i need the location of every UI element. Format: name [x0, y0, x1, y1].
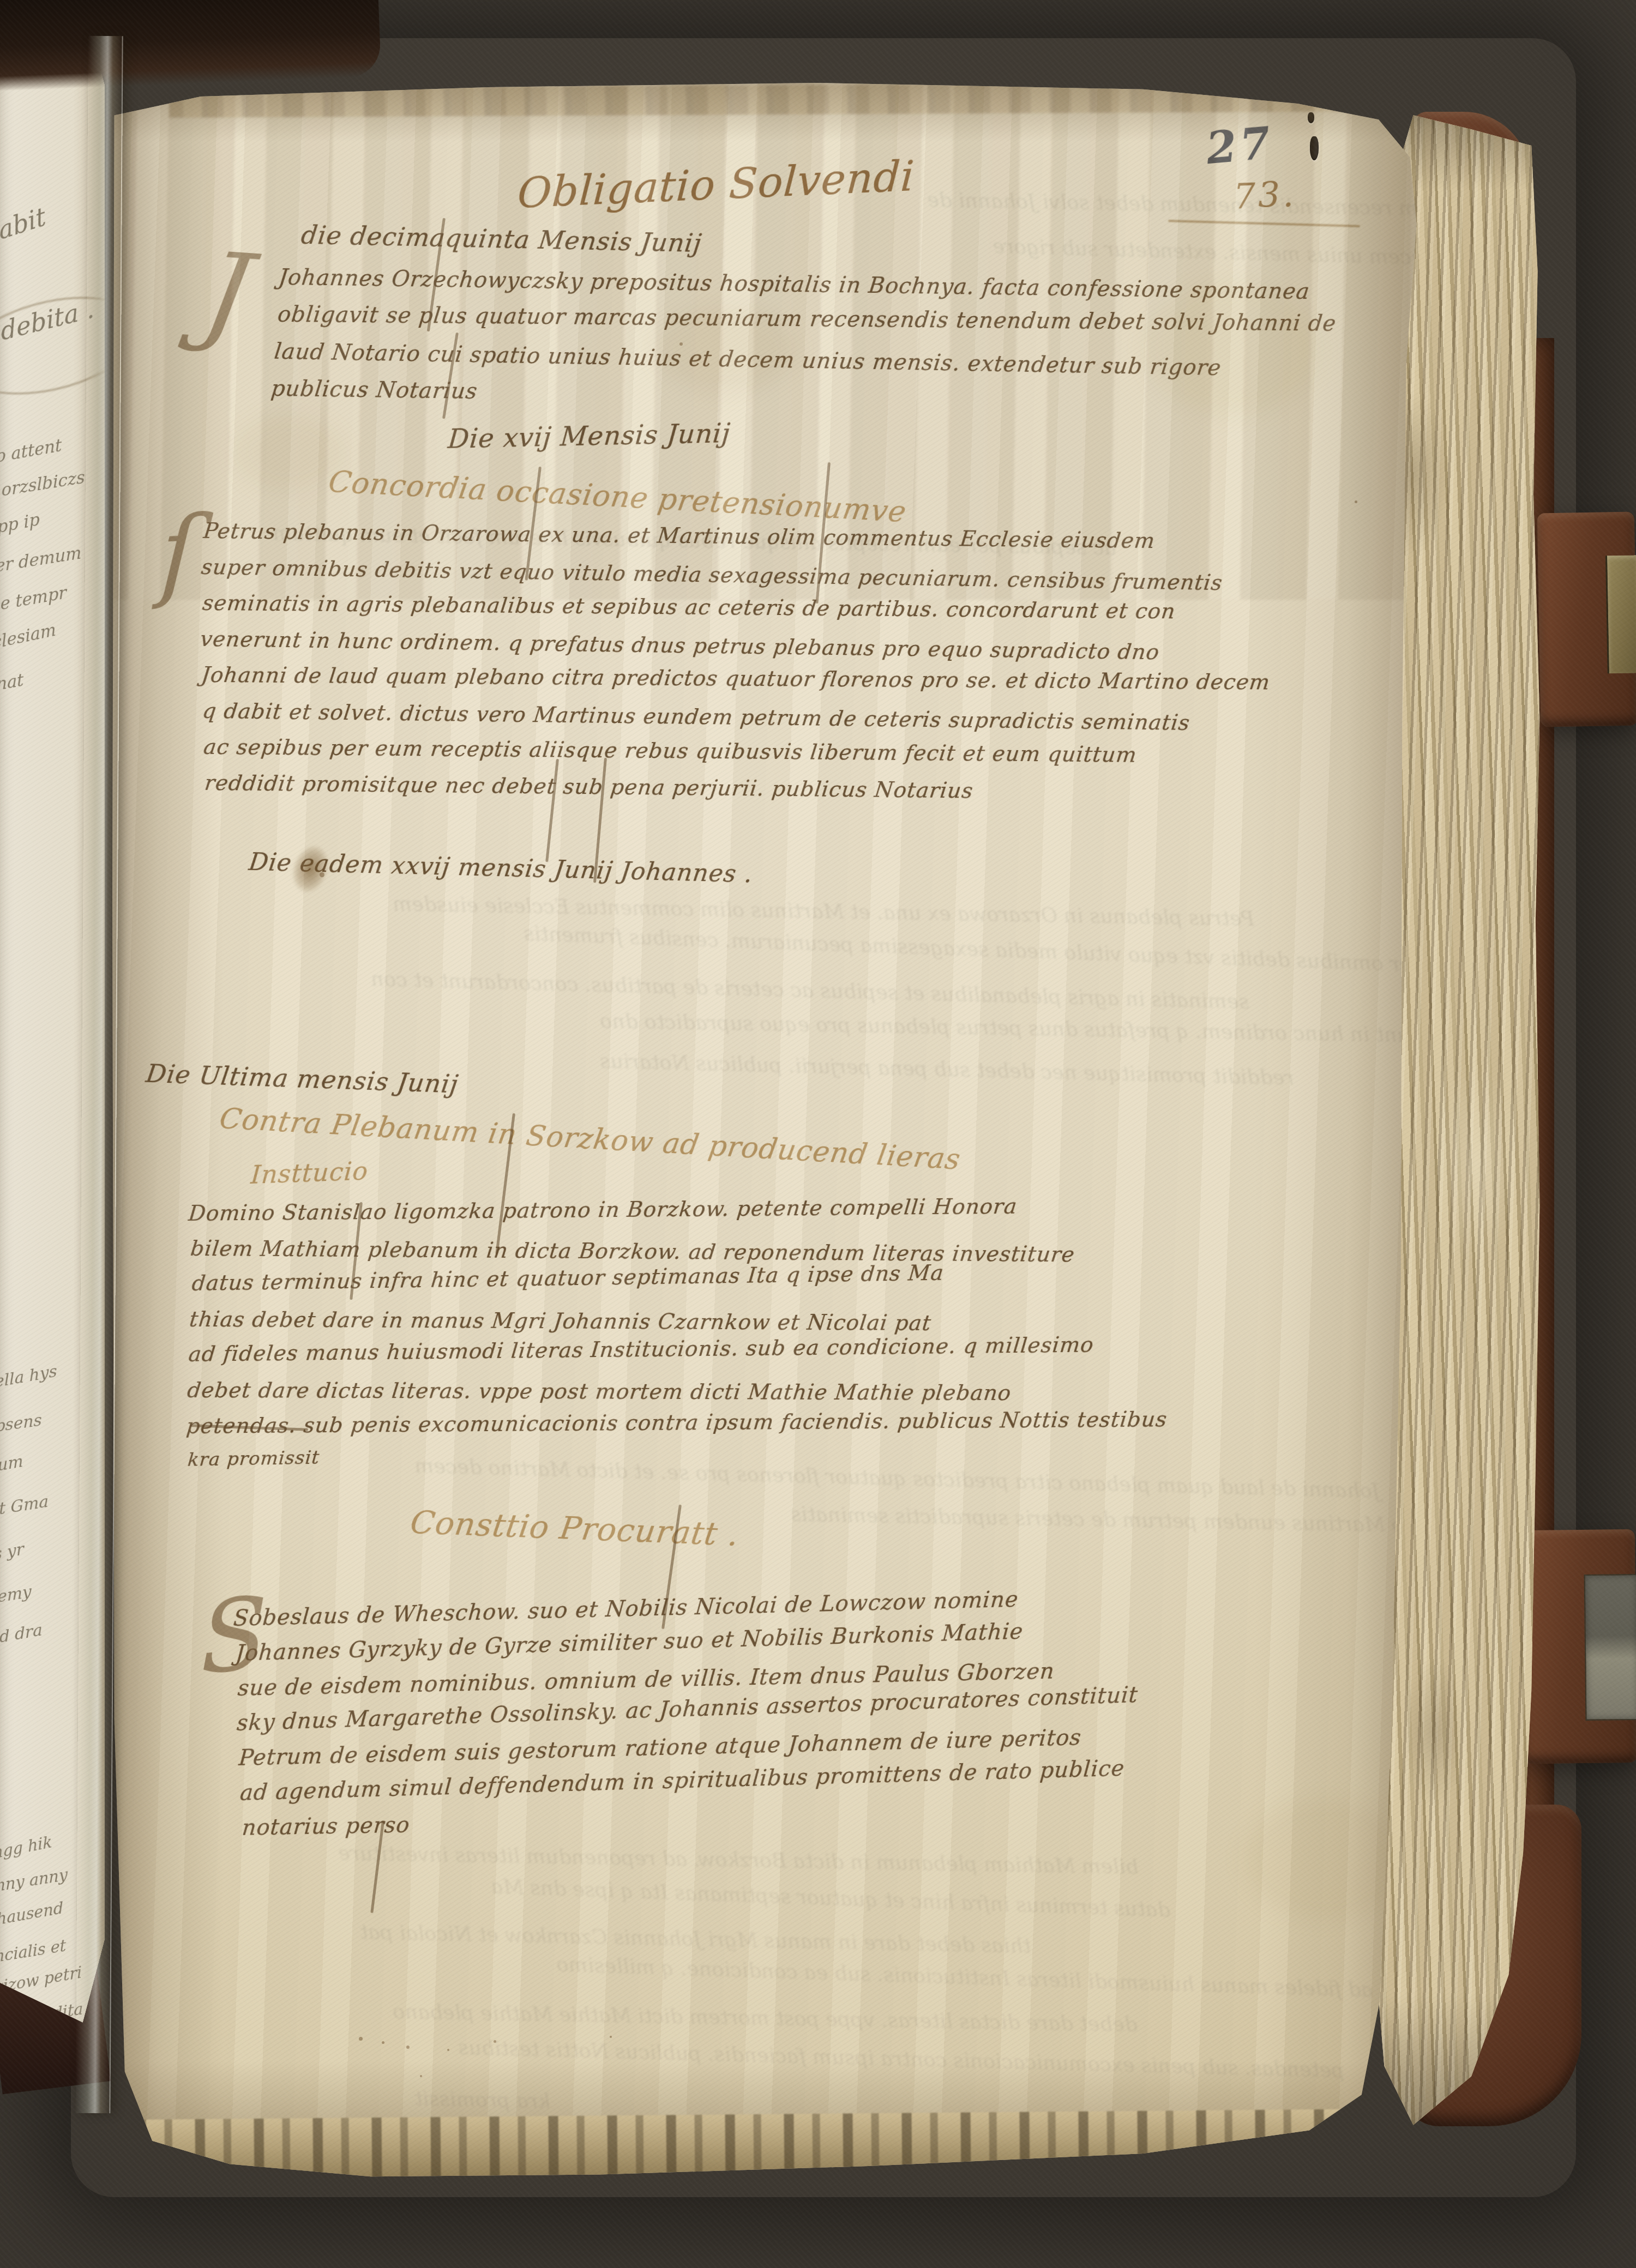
- facing-page-fragment: ad yemny anny: [0, 1865, 68, 1903]
- show-through-text: ad fideles manus huiusmodi literas Insti…: [556, 1952, 1374, 2001]
- facing-page-fragment: probit, ver demum: [0, 543, 82, 588]
- entry-title-institucio: Insttucio: [250, 1156, 369, 1190]
- facing-page-fragment: rabit: [0, 201, 48, 249]
- manuscript-page: Petrus plebanus in Orzarowa ex una. et M…: [109, 82, 1418, 2181]
- ink-speck: [447, 2049, 449, 2051]
- manuscript-line: Domino Stanislao ligomzka patrono in Bor…: [188, 1195, 1019, 1226]
- leather-strap-top: [1537, 511, 1636, 727]
- date-line: die decimaquinta Mensis Junij: [299, 220, 703, 258]
- ink-speck: [494, 2040, 496, 2043]
- leather-strap-bottom: [1521, 1529, 1636, 1764]
- folio-underline: [1168, 220, 1360, 227]
- facing-page-fragment: illis yr: [0, 1540, 25, 1569]
- folio-number-ink: 73.: [1233, 174, 1296, 217]
- folio-number-pencil: 27: [1204, 117, 1276, 174]
- date-line: Die xvij Mensis Junij: [447, 418, 731, 455]
- facing-page-fragment: a dangg hik: [0, 1832, 53, 1869]
- initial-flourish: J: [195, 229, 261, 358]
- manuscript-line: ac sepibus per eum receptis aliisque reb…: [202, 735, 1138, 768]
- manuscript-photo: rabitet debita .precario attentpestid de…: [0, 0, 1636, 2268]
- manuscript-line: venerunt in hunc ordinem. q prefatus dnu…: [199, 627, 1161, 665]
- metal-clasp-icon: [1584, 1574, 1636, 1721]
- initial-flourish: ſ: [158, 495, 201, 611]
- facing-page-fragment: sup St Gma: [0, 1492, 49, 1526]
- ink-speck: [382, 2041, 384, 2044]
- show-through-text: debet dare dictas literas. vppe post mor…: [393, 2000, 1138, 2036]
- manuscript-line: petendas. sub penis excomunicacionis con…: [185, 1407, 1169, 1439]
- ink-speck: [359, 2037, 363, 2041]
- paper-stain: [654, 305, 796, 393]
- facing-page-fragment: pestid de orzslbiczs: [0, 468, 85, 514]
- ink-speck: [1355, 500, 1357, 503]
- show-through-text: thias debet dare in manus Mgri Johannis …: [360, 1920, 1031, 1958]
- ink-speck: [406, 2046, 410, 2049]
- facing-page-fragment: d ita fue tempr: [0, 583, 67, 625]
- manuscript-line: q dabit et solvet. dictus vero Martinus …: [201, 699, 1192, 735]
- paper-stain: [1243, 1799, 1407, 1919]
- paper-stain: [234, 414, 344, 491]
- show-through-text: Johanni de laud quam plebano citra predi…: [414, 1454, 1380, 1503]
- ink-blot: [285, 840, 335, 898]
- facing-page-fragment: ernat: [0, 670, 24, 698]
- worm-hole: [1308, 112, 1314, 123]
- manuscript-line: super omnibus debitis vzt equo vitulo me…: [200, 555, 1224, 595]
- entry-title-constitutio: Consttio Procuratt .: [408, 1504, 742, 1553]
- manuscript-line: debet dare dictas literas. vppe post mor…: [186, 1378, 1013, 1406]
- ink-speck: [610, 2036, 612, 2038]
- show-through-text: venerunt in hunc ordinem. q prefatus dnu…: [600, 1009, 1469, 1048]
- facing-page-fragment: pecorum: [0, 1452, 23, 1484]
- facing-page-fragment: pro psens: [0, 1410, 42, 1441]
- facing-page-fragment: angrella hys: [0, 1362, 57, 1399]
- manuscript-line: Johanni de laud quam plebano citra predi…: [200, 663, 1272, 695]
- show-through-text: bilem Mathiam plebanum in dicta Borzkow.…: [338, 1841, 1139, 1879]
- initial-flourish: S: [201, 1575, 268, 1697]
- manuscript-line: reddidit promisitque nec debet sub pena …: [203, 771, 975, 804]
- show-through-text: Petrus plebanus in Orzarowa ex una. et M…: [393, 892, 1255, 931]
- date-line: Die Ultima mensis Junij: [144, 1059, 460, 1099]
- manuscript-line: notarius perso: [241, 1813, 411, 1841]
- worm-hole: [1310, 136, 1319, 160]
- manuscript-line: seminatis in agris plebanalibus et sepib…: [201, 591, 1177, 624]
- brass-clasp-icon: [1605, 555, 1636, 673]
- paper-stain: [1145, 283, 1320, 414]
- show-through-text: kra promissit: [414, 2086, 551, 2113]
- show-through-text: petendas. sub penis excomunicacionis con…: [458, 2036, 1345, 2083]
- facing-page-fragment: precario attent: [0, 436, 62, 478]
- facing-page-fragment: and rehausend: [0, 1898, 64, 1938]
- manuscript-line: datus terminus infra hinc et quatuor sep…: [191, 1261, 945, 1296]
- show-through-text: datus terminus infra hinc et quatuor sep…: [491, 1874, 1171, 1921]
- entry-title-concordia: Concordia occasione pretensionumve: [326, 465, 909, 529]
- facing-page-fragment: devenit pp ip: [0, 510, 40, 551]
- manuscript-line: kra promissit: [187, 1447, 320, 1471]
- show-through-text: reddidit promisitque nec debet sub pena …: [600, 1049, 1295, 1089]
- entry-title-obligatio: Obligatio Solvendi: [516, 152, 916, 218]
- dark-cover-top-left: [0, 0, 381, 92]
- show-through-text: seminatis in agris plebanalibus et sepib…: [371, 967, 1250, 1014]
- ink-speck: [320, 872, 324, 877]
- manuscript-line: thias debet dare in manus Mgri Johannis …: [188, 1307, 933, 1336]
- facing-page-fragment: hered dra: [0, 1620, 43, 1654]
- manuscript-line: ad fideles manus huiusmodi literas Insti…: [188, 1333, 1095, 1367]
- show-through-text: super omnibus debitis vzt equo vitulo me…: [524, 921, 1448, 977]
- facing-page-fragment: wisemy: [0, 1582, 32, 1611]
- facing-page-edge: rabitet debita .precario attentpestid de…: [0, 46, 105, 2030]
- ink-speck: [420, 2075, 422, 2077]
- manuscript-line: Petrus plebanus in Orzarowa ex una. et M…: [202, 519, 1157, 553]
- facing-page-fragment: et ecclesiam: [0, 620, 57, 662]
